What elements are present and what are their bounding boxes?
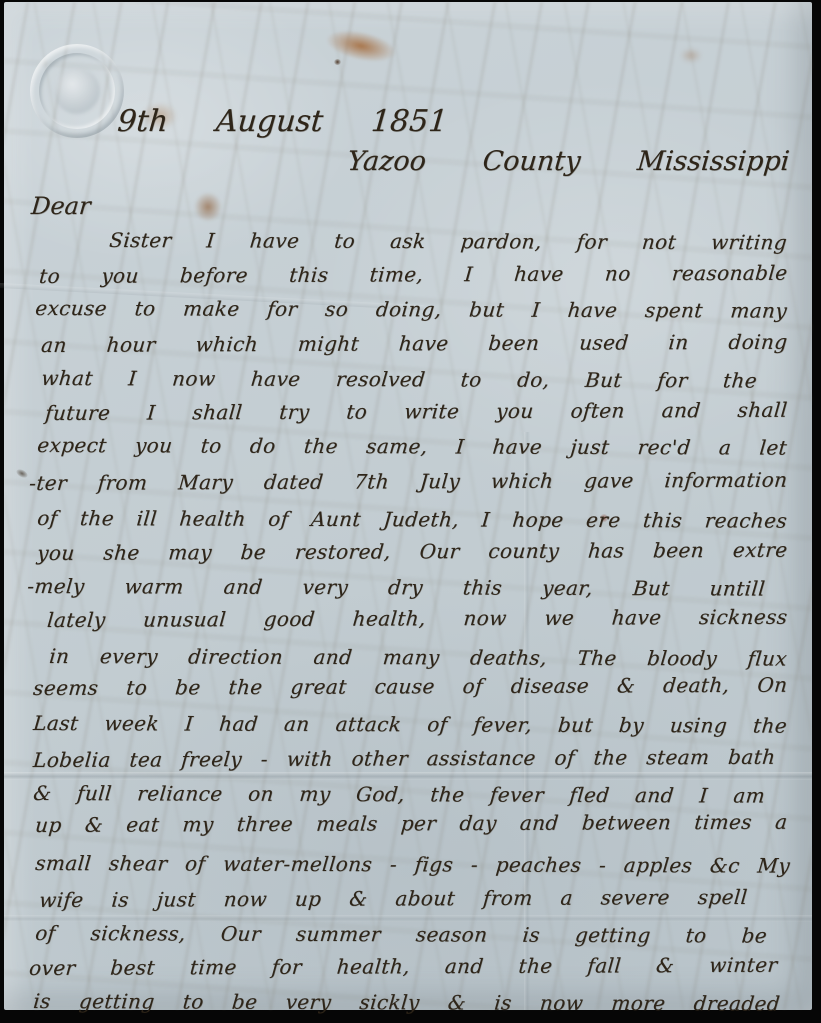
letter-line: you she may be restored, Our county has …	[36, 535, 789, 568]
letter-line: an hour which might have been used in do…	[40, 327, 789, 360]
letter-line: in every direction and many deaths, The …	[48, 641, 788, 674]
letter-line: of sickness, Our summer season is gettin…	[34, 918, 769, 951]
letter-date-line: 9th August 1851	[116, 105, 449, 139]
letter-line: over best time for health, and the fall …	[28, 950, 779, 983]
letter-line: -mely warm and very dry this year, But u…	[26, 571, 766, 604]
letter-line: lately unusual good health, now we have …	[46, 602, 789, 635]
letter-line: -ter from Mary dated 7th July which gave…	[28, 465, 789, 498]
letter-line: expect you to do the same, I have just r…	[36, 430, 788, 463]
letter-line: Lobelia tea freely - with other assistan…	[32, 742, 777, 775]
scanned-letter: 9th August 1851 Yazoo County Mississippi…	[0, 0, 821, 1023]
letter-line: to you before this time, I have no reaso…	[38, 258, 789, 291]
letter-line: is getting to be very sickly & is now mo…	[32, 986, 781, 1019]
letter-line: small shear of water-mellons - figs - pe…	[34, 848, 791, 881]
letter-line: of the ill health of Aunt Judeth, I hope…	[36, 503, 788, 536]
letter-line: Last week I had an attack of fever, but …	[32, 708, 788, 741]
letter-line: & full reliance on my God, the fever fle…	[32, 778, 767, 811]
letter-salutation: Dear	[30, 191, 92, 221]
letter-line: seems to be the great cause of disease &…	[32, 670, 789, 703]
letter-line: future I shall try to write you often an…	[44, 395, 789, 428]
letter-line: excuse to make for so doing, but I have …	[34, 293, 788, 326]
letter-line: up & eat my three meals per day and betw…	[34, 807, 789, 840]
letter-paper: 9th August 1851 Yazoo County Mississippi…	[4, 2, 812, 1010]
letter-line: what I now have resolved to do, But for …	[40, 363, 759, 395]
letter-line: wife is just now up & about from a sever…	[38, 882, 749, 915]
letter-line: Sister I have to ask pardon, for not wri…	[108, 225, 789, 257]
letter-text: 9th August 1851 Yazoo County Mississippi…	[4, 2, 812, 1010]
letter-place-line: Yazoo County Mississippi	[346, 146, 791, 178]
